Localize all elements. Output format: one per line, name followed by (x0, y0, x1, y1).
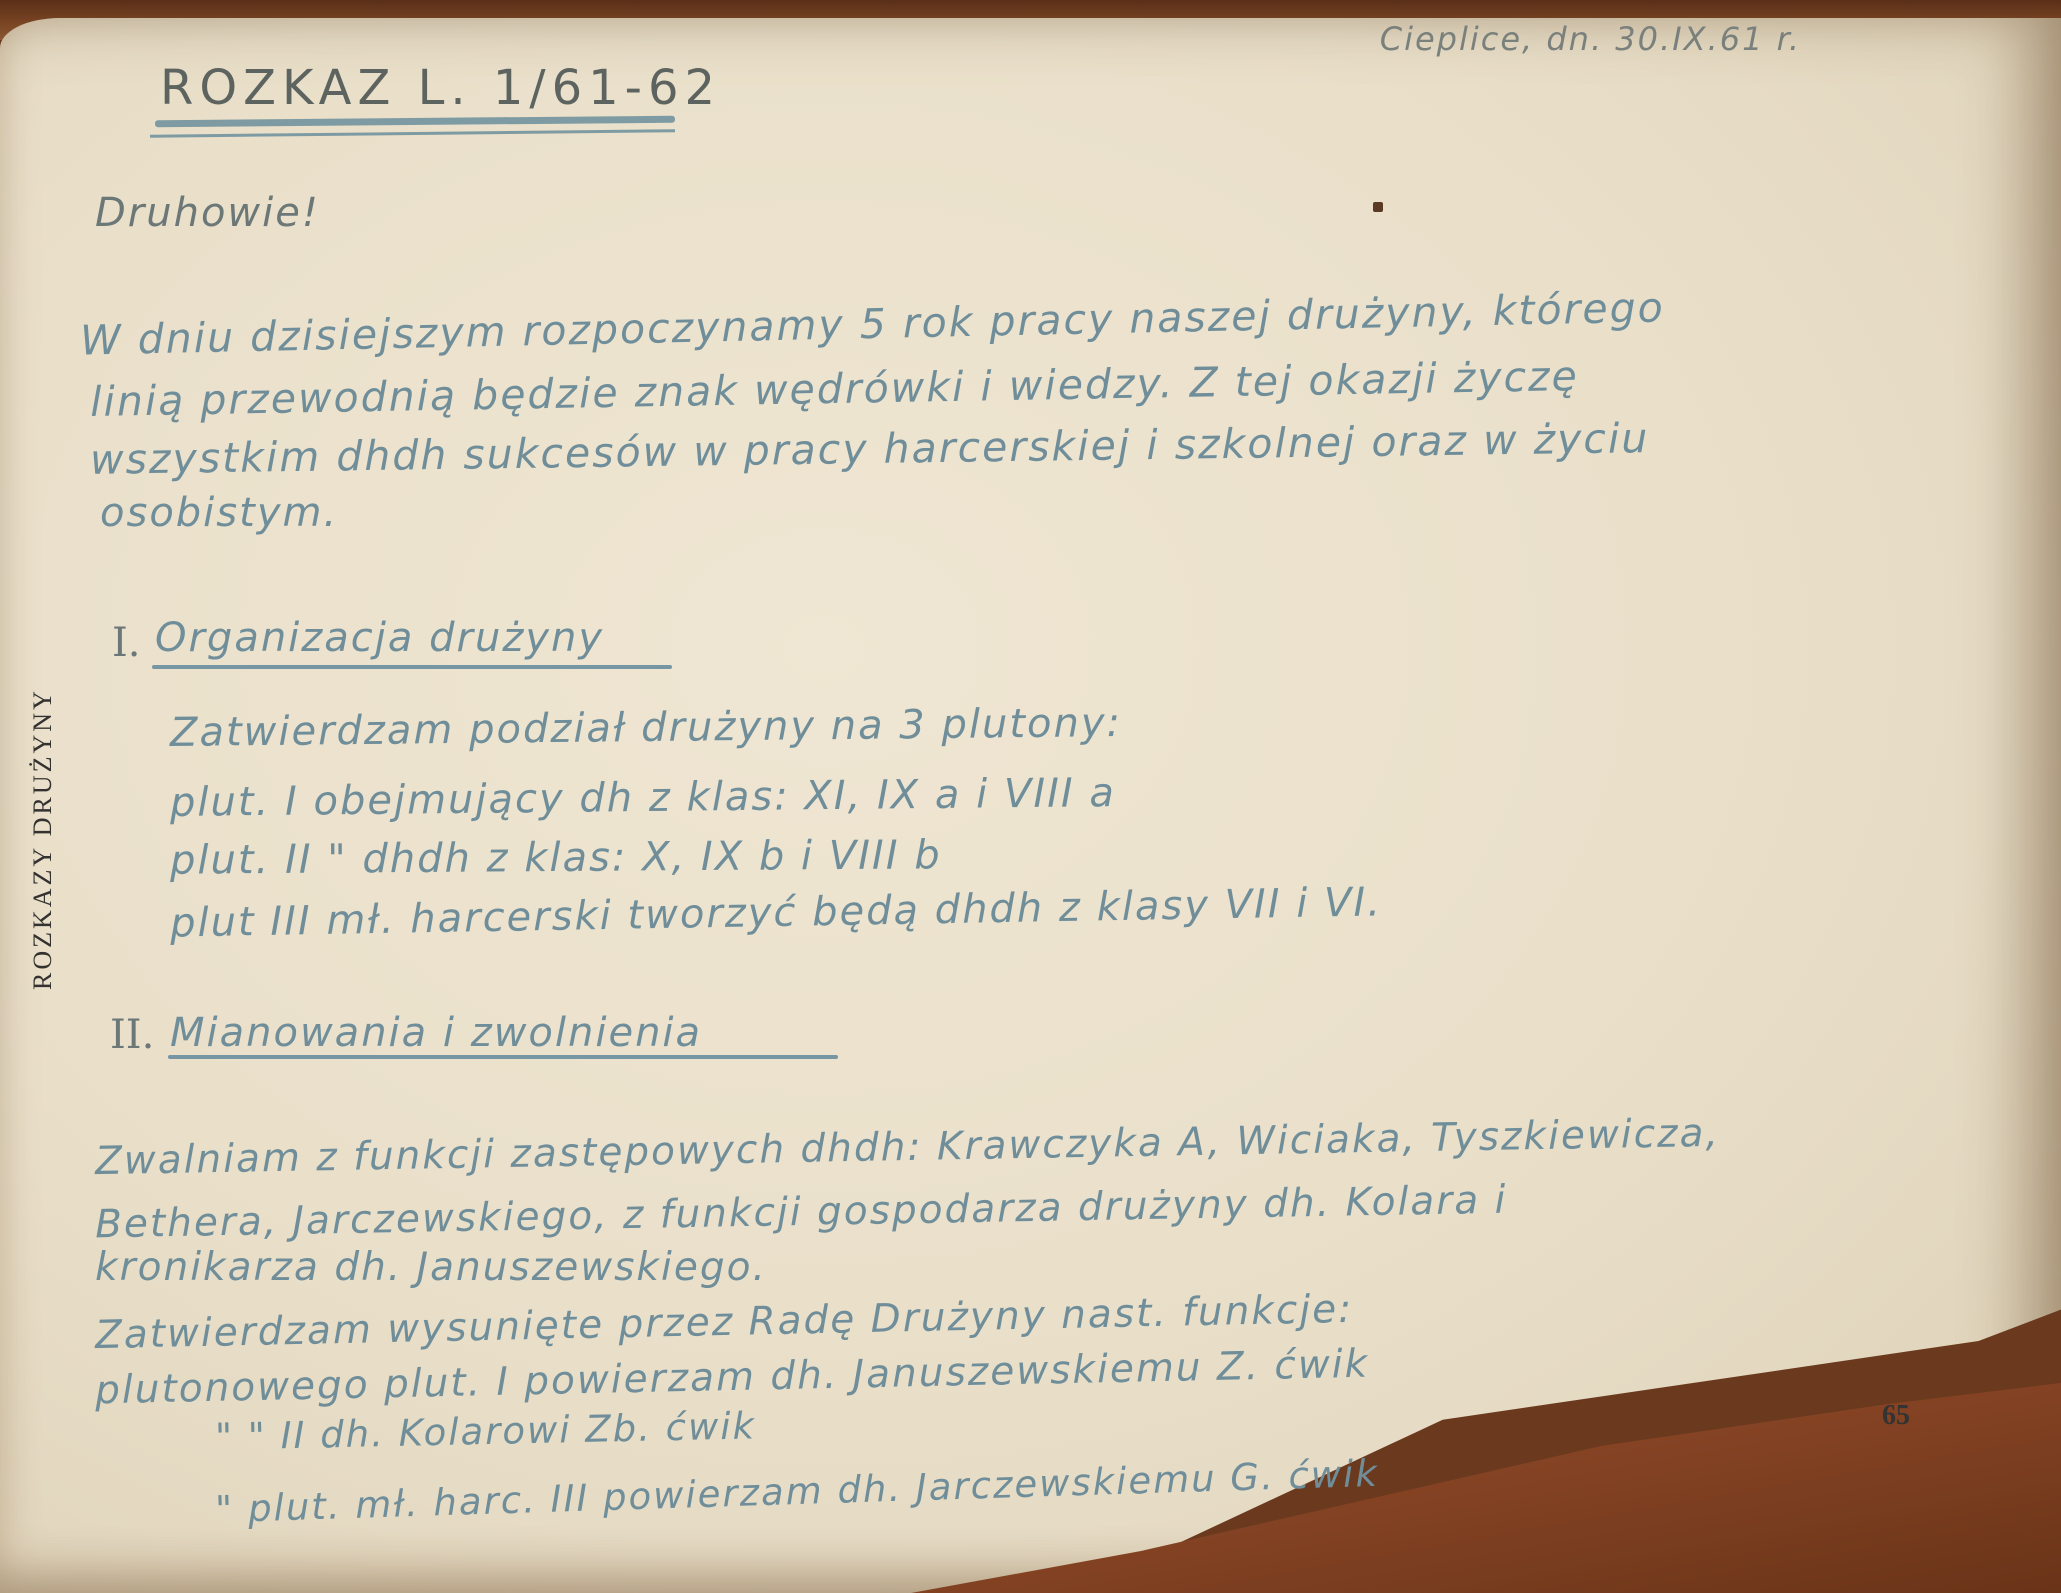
greeting: Druhowie! (95, 190, 320, 236)
section-number: II. (110, 1012, 154, 1058)
section-line: kronikarza dh. Januszewskiego. (95, 1245, 767, 1290)
page-number: 65 (1882, 1400, 1910, 1432)
section-number: I. (112, 620, 141, 666)
section-underline (168, 1055, 838, 1059)
paper-speck (1373, 202, 1383, 212)
place-date: Cieplice, dn. 30.IX.61 r. (1380, 20, 1801, 58)
section-heading: Organizacja drużyny (155, 615, 604, 661)
intro-line: osobistym. (100, 490, 338, 536)
section-heading: Mianowania i zwolnienia (170, 1010, 702, 1056)
document-title: ROZKAZ L. 1/61-62 (160, 60, 721, 116)
margin-label: ROZKAZY DRUŻYNY (28, 688, 58, 990)
section-line: plut. II " dhdh z klas: X, IX b i VIII b (170, 832, 942, 883)
section-underline (152, 665, 672, 669)
